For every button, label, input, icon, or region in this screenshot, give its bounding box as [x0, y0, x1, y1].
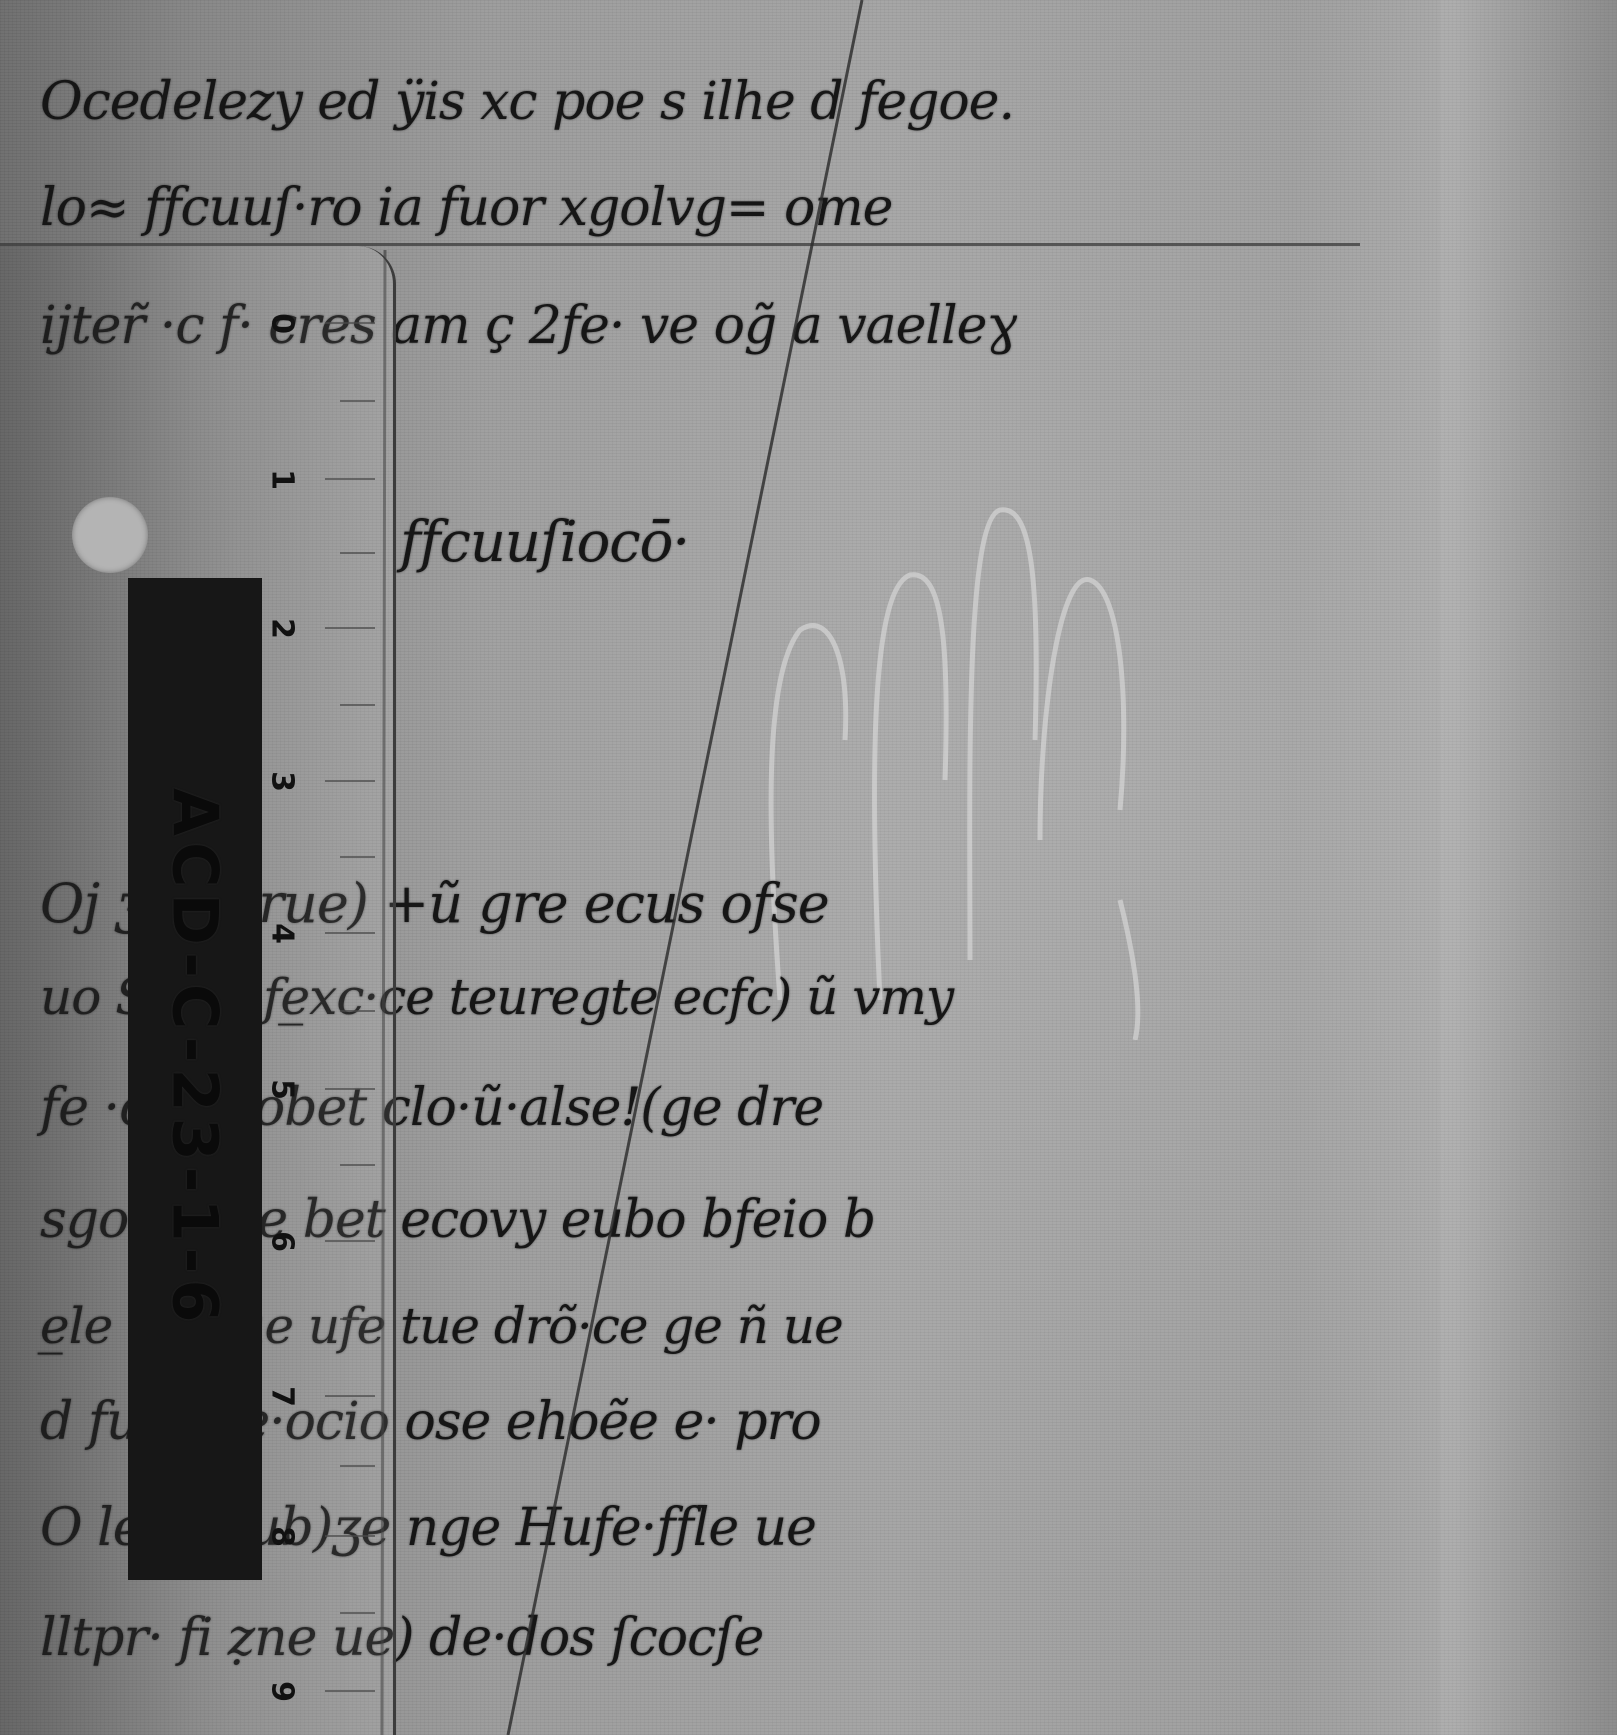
- ruler-number-1: 1: [265, 468, 300, 492]
- ruler-number-7: 7: [265, 1385, 300, 1409]
- ruler-number-2: 2: [265, 617, 300, 641]
- ruler-tick: [325, 1535, 375, 1537]
- ruler-tick-half: [340, 1612, 375, 1614]
- ruler-tick: [325, 1088, 375, 1090]
- ruler-number-9: 9: [265, 1680, 300, 1704]
- ruler-number-6: 6: [265, 1230, 300, 1254]
- ruler-tick-half: [340, 1010, 375, 1012]
- manuscript-line-1: Ocedelezy ed ÿis xc poe s ilhe d fegoe.: [40, 72, 1014, 132]
- ruler-number-0: 0: [265, 312, 300, 336]
- ruler-tick: [325, 1690, 375, 1692]
- catalog-label-text: ACD-C-23-1-6: [159, 788, 232, 1329]
- manuscript-line-2: lo≈ ffcuuſ·ro ia fuor xgolvg= ome: [40, 178, 892, 238]
- ruler-number-3: 3: [265, 770, 300, 794]
- ruler-number-5: 5: [265, 1078, 300, 1102]
- ruler-number-8: 8: [265, 1525, 300, 1549]
- ruler-tick-half: [340, 1318, 375, 1320]
- ruler-tick: [325, 932, 375, 934]
- ruler-tick-half: [340, 552, 375, 554]
- manuscript-line-4: ffcuuſiocō·: [400, 510, 689, 570]
- ruler-tick-half: [340, 400, 375, 402]
- manuscript-page: Ocedelezy ed ÿis xc poe s ilhe d fegoe. …: [0, 0, 1617, 1735]
- punch-hole: [72, 497, 148, 573]
- ruler-tick: [325, 322, 375, 324]
- right-edge-stain: [1440, 0, 1617, 1735]
- catalog-label: ACD-C-23-1-6: [128, 578, 262, 1580]
- ruler-tick: [325, 1395, 375, 1397]
- ruler-tick: [325, 627, 375, 629]
- ruler-tick-half: [340, 1465, 375, 1467]
- ruler-tick-half: [340, 704, 375, 706]
- ruler-tick: [325, 1240, 375, 1242]
- ruler-tick: [325, 478, 375, 480]
- ruler-tick-half: [340, 856, 375, 858]
- ruler-tick: [325, 780, 375, 782]
- ruler-tick-half: [340, 1164, 375, 1166]
- ruler-number-4: 4: [265, 922, 300, 946]
